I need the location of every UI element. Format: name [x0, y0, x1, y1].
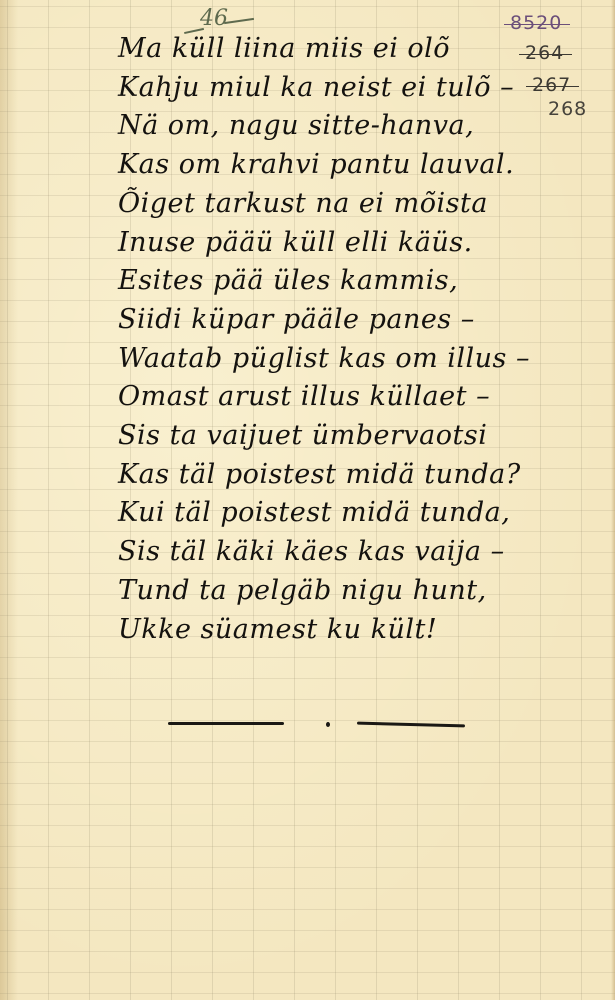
separator-dash-left	[168, 722, 284, 725]
poem-line: Omast arust illus küllaet –	[118, 378, 598, 417]
manuscript-page: 46 8520 264 267 268 Ma küll liina miis e…	[0, 0, 615, 1000]
poem-line: Kui täl poistest midä tunda,	[118, 494, 598, 533]
poem-line: Nä om, nagu sitte-hanva,	[118, 107, 598, 146]
poem-line: Ma küll liina miis ei olõ	[118, 30, 598, 69]
handwritten-poem: Ma küll liina miis ei olõ Kahju miul ka …	[118, 30, 598, 649]
folio-underline-mark	[224, 18, 254, 24]
separator-dash-right	[357, 722, 465, 728]
poem-line: Õiget tarkust na ei mõista	[118, 185, 598, 224]
folio-number: 46	[200, 6, 228, 31]
separator-dot	[326, 722, 330, 727]
poem-line: Siidi küpar pääle panes –	[118, 301, 598, 340]
poem-line: Sis ta vaijuet ümbervaotsi	[118, 417, 598, 456]
poem-line: Tund ta pelgäb nigu hunt,	[118, 572, 598, 611]
poem-line: Inuse pääü küll elli käüs.	[118, 224, 598, 263]
poem-line: Esites pää üles kammis,	[118, 262, 598, 301]
page-edge-shadow	[611, 0, 615, 1000]
poem-line: Kahju miul ka neist ei tulõ –	[118, 69, 598, 108]
end-separator	[168, 719, 468, 731]
poem-line: Kas om krahvi pantu lauval.	[118, 146, 598, 185]
poem-line: Waatab püglist kas om illus –	[118, 340, 598, 379]
poem-line: Sis täl käki käes kas vaija –	[118, 533, 598, 572]
poem-line: Ukke süamest ku kült!	[118, 611, 598, 650]
poem-line: Kas täl poistest midä tunda?	[118, 456, 598, 495]
